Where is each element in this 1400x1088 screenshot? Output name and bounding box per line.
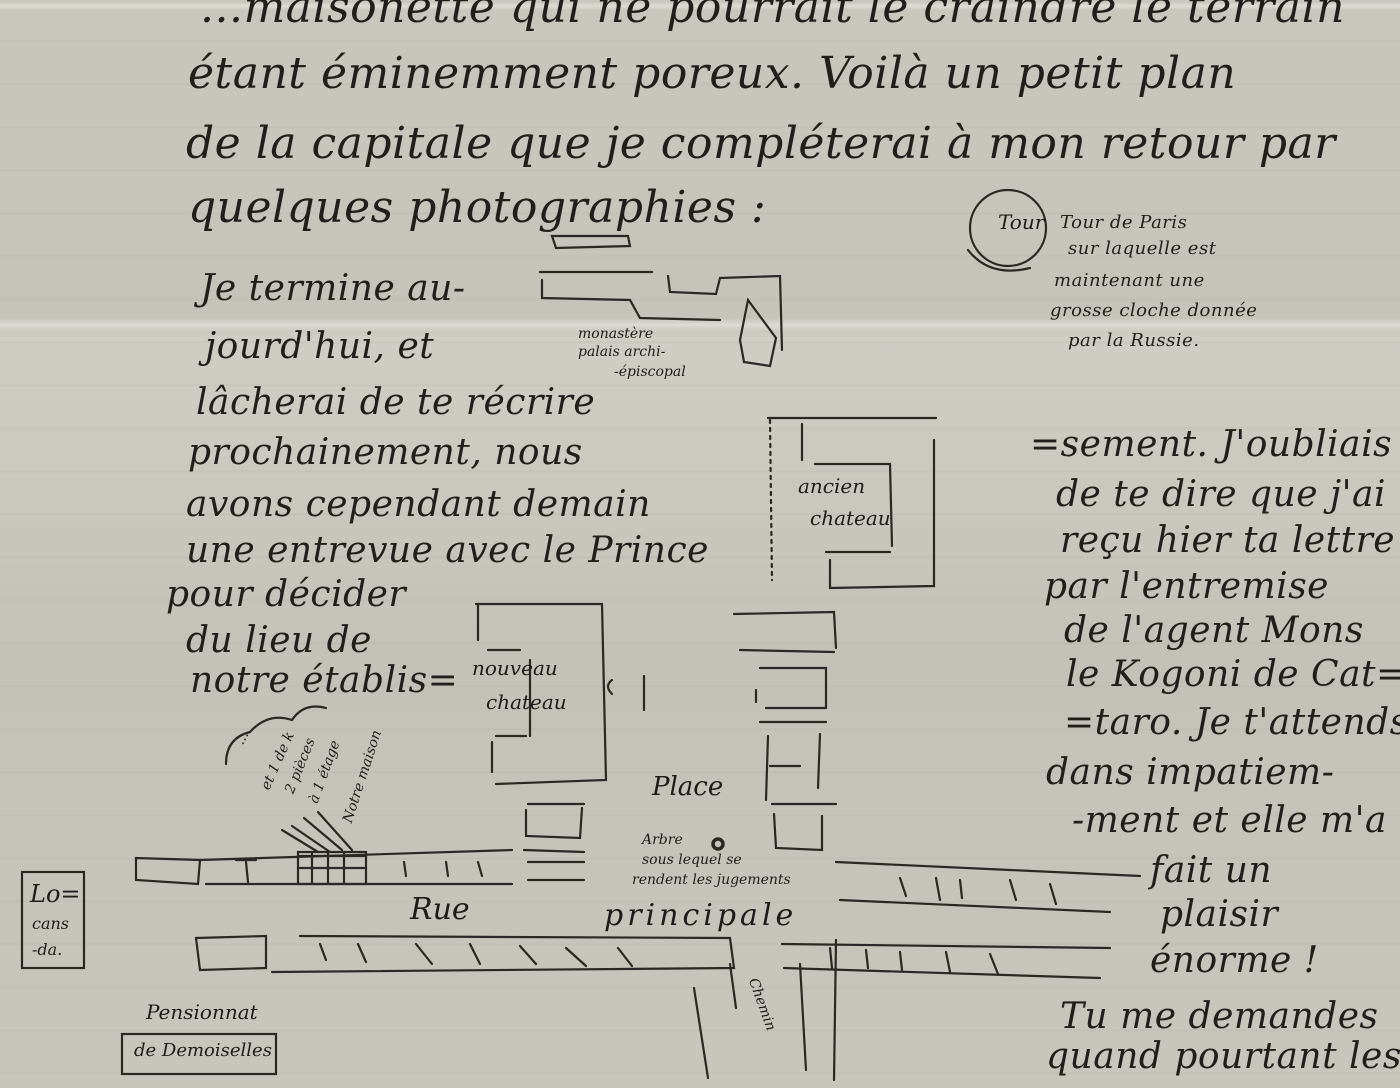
new-castle-label-1: nouveau	[472, 656, 558, 680]
street-label-principale: principale	[604, 898, 797, 933]
tree-note-2: sous lequel se	[642, 852, 742, 868]
lodging-label-1: Lo=	[30, 880, 81, 908]
tower-label: Tour	[998, 210, 1044, 234]
monastery-label-2: palais archi-	[578, 344, 665, 360]
pensionnat-label-2: de Demoiselles	[134, 1040, 272, 1061]
tree-note-1: Arbre	[642, 832, 683, 848]
letter-page: ...maisonette qui ne pourrait le craindr…	[0, 0, 1400, 1088]
monastery-label-3: -épiscopal	[614, 364, 686, 380]
monastery-label-1: monastère	[578, 326, 653, 342]
tree-symbol-icon	[713, 839, 723, 849]
pensionnat-label-1: Pensionnat	[146, 1000, 258, 1024]
new-castle-label-2: chateau	[486, 690, 567, 714]
tree-note-3: rendent les jugements	[632, 872, 791, 888]
street-label-rue: Rue	[410, 892, 470, 927]
lodging-label-2: cans	[32, 914, 69, 933]
old-castle-label-1: ancien	[798, 474, 865, 498]
church-icon	[740, 300, 776, 366]
old-castle-label-2: chateau	[810, 506, 891, 530]
lodging-label-3: -da.	[32, 940, 62, 959]
square-label: Place	[652, 772, 723, 802]
